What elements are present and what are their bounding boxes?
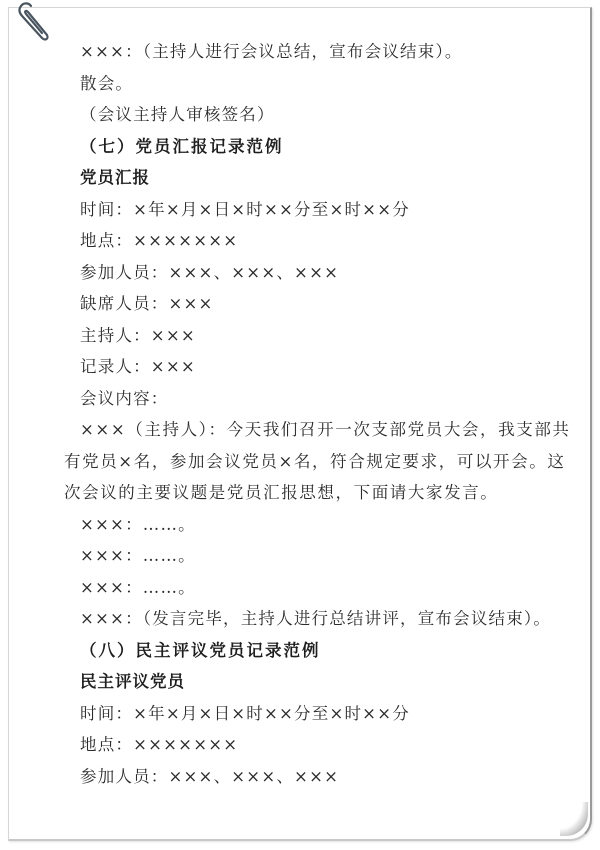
section-7-attendees: 参加人员：×××、×××、××× <box>80 257 580 289</box>
section-7-host: 主持人：××× <box>80 320 580 352</box>
section-8-title: 民主评议党员 <box>80 666 580 698</box>
document-body: ×××：（主持人进行会议总结，宣布会议结束）。 散会。 （会议主持人审核签名） … <box>80 36 580 792</box>
section-8-heading: （八）民主评议党员记录范例 <box>80 635 580 667</box>
section-7-opening-paragraph: ×××（主持人）：今天我们召开一次支部党员大会，我支部共有党员×名，参加会议党员… <box>64 414 579 509</box>
host-signature-line: （会议主持人审核签名） <box>80 99 580 131</box>
speech-line: ×××：……。 <box>80 509 580 541</box>
section-8-attendees: 参加人员：×××、×××、××× <box>80 761 580 793</box>
paperclip-icon <box>12 0 52 44</box>
speech-line: ×××：……。 <box>80 540 580 572</box>
section-7-title: 党员汇报 <box>80 162 580 194</box>
section-7-closing: ×××：（发言完毕，主持人进行总结讲评，宣布会议结束）。 <box>80 603 580 635</box>
section-7-time: 时间：×年×月×日×时××分至×时××分 <box>80 194 580 226</box>
section-8-time: 时间：×年×月×日×时××分至×时××分 <box>80 698 580 730</box>
closing-summary-line: ×××：（主持人进行会议总结，宣布会议结束）。 <box>80 36 580 68</box>
section-7-absent: 缺席人员：××× <box>80 288 580 320</box>
section-7-place: 地点：××××××× <box>80 225 580 257</box>
section-8-place: 地点：××××××× <box>80 729 580 761</box>
speech-line: ×××：……。 <box>80 572 580 604</box>
document-canvas: ×××：（主持人进行会议总结，宣布会议结束）。 散会。 （会议主持人审核签名） … <box>0 0 600 850</box>
section-7-content-label: 会议内容： <box>80 383 580 415</box>
adjourn-line: 散会。 <box>80 68 580 100</box>
section-7-heading: （七）党员汇报记录范例 <box>80 131 580 163</box>
page-curl-icon <box>560 802 588 836</box>
section-7-recorder: 记录人：××× <box>80 351 580 383</box>
